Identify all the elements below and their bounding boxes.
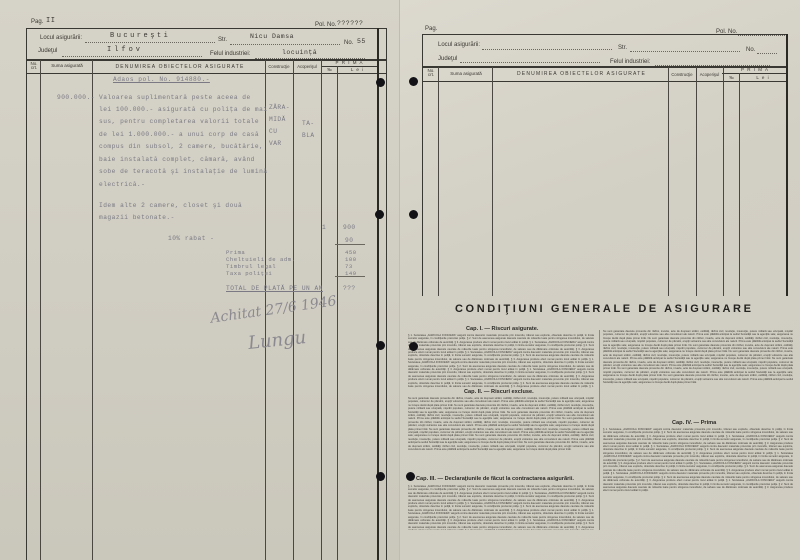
conditions-title: CONDIŢIUNI GENERALE DE ASIGURARE [455,303,754,315]
entry-description-line: Valoarea suplimentară peste aceea de [99,94,251,101]
discount-label: 10% rabat - [168,235,214,242]
location-line [85,42,215,43]
col-header-roof: Acoperişul [293,64,321,69]
col-divider-construction [696,67,697,296]
discount-value: 90 [345,237,353,244]
entry-description-line: compus din subsol, 2 camere, bucătărie, [99,143,263,150]
entry-description-line: magazii betonate.- [99,214,175,221]
col-header-roof: Acoperişul [696,72,723,77]
col-divider-right [786,34,788,296]
county-line [62,56,202,57]
totals-row-label: Prima [226,249,245,256]
total-value: ??? [343,285,356,292]
col-divider-permille [739,73,740,296]
chapter-4-text: § 1. Societatea „AGRICOLA FONCIERA” asig… [603,428,793,528]
col-header-construction: Construcţie [668,72,696,77]
industry-label: Felul industriei: [210,51,250,57]
entry-description-line: sobe de teracotă şi instalaţie de lumină [99,168,268,175]
entry-lei: 900 [343,224,356,231]
construction-line: VAR [269,140,282,147]
roof-line: BLA [302,132,315,139]
totals-row-value: 73 [345,263,353,270]
conditions-column-divider [599,330,600,530]
county-value: Ilfov [107,46,143,54]
col-header-sum: Suma asigurată [42,63,92,68]
totals-row-label: Taxa poliţei [226,270,272,277]
chapter-1-title: Cap. I. — Riscuri asigurate. [466,326,538,332]
construction-line: ZĂRA- [269,104,290,111]
totals-row-label: Cheltuieli de adm. [226,256,295,263]
number-label: No. [344,40,353,46]
location-value: Bucureşti [110,32,170,40]
construction-line: MIDĂ [269,116,286,123]
county-label: Judeţul [38,48,57,54]
col-header-permille: ‰ [724,75,739,80]
location-label: Locul asigurării: [438,42,480,48]
location-label: Locul asigurării: [40,35,82,41]
col-divider-roof [723,67,724,296]
entry-description-line: de lei 1.000.000.- a unui corp de casă [99,131,259,138]
binder-hole [375,210,384,219]
table-header-bottom-rule [423,81,787,82]
col-divider-permille [337,66,338,560]
totals-row-value: 450 [345,249,357,256]
col-header-description: DENUMIREA OBIECTELOR ASIGURATE [495,71,668,77]
table-header-bottom-rule [27,73,387,74]
col-divider-description [668,67,669,296]
entry-heading: Adaos pol. No. 914880.- [113,76,210,83]
entry-description-line: lei 100.000.- asigurată cu polița de mai [99,106,268,113]
industry-value: locuinţă [282,49,317,56]
entry-description-line: sus, pentru completarea valorii totale [99,118,259,125]
number-label: No. [746,47,755,53]
page-label: Pag. [31,19,43,25]
page-number: II [46,17,55,25]
industry-label: Felul industriei: [610,59,650,65]
street-line [230,44,340,45]
number-value: 55 [357,38,366,45]
location-line [482,49,612,50]
binder-hole [376,341,385,350]
binder-hole [409,210,418,219]
number-line [757,53,777,54]
entry-description-line: electrică.- [99,181,145,188]
right-page: Pag. Pol. No. Locul asigurării: Str. No.… [400,0,800,560]
chapter-1-text: § 1. Societatea „AGRICOLA FONCIERA” asig… [408,334,594,389]
col-header-construction: Construcţie [265,64,293,69]
col-header-prima: P R I M A [322,60,377,65]
col-header-nr: No. crt. [424,69,438,77]
page-label: Pag. [425,26,437,32]
col-divider-nr [40,60,41,560]
construction-line: CU [269,128,277,135]
col-header-sum: Suma asigurată [440,71,492,76]
subtotal-rule [335,244,365,245]
total-label: TOTAL DE PLATĂ PE UN AN [226,285,323,292]
left-page: Pag. II Pol. No. ?????? Locul asigurării… [0,0,408,560]
street-label: Str. [218,37,227,43]
col-header-description: DENUMIREA OBIECTELOR ASIGURATE [95,64,265,70]
chapter-2-text: Nu sunt garantate daunele provenite din … [408,397,594,474]
col-header-prima: P R I M A [724,67,786,72]
chapter-3-text: § 1. Societatea „AGRICOLA FONCIERA” asig… [408,485,594,530]
col-divider-sum [92,60,93,560]
chapter-2-continued-text: Nu sunt garantate daunele provenite din … [603,330,793,418]
col-divider-nr [438,67,439,296]
col-divider-sum [492,67,493,296]
street-label: Str. [618,45,627,51]
col-header-lei: L e i [338,67,377,72]
col-header-permille: ‰ [322,67,337,72]
binder-hole [376,472,385,481]
col-header-lei: L e i [740,75,786,80]
entry-description-line: Idem alte 2 camere, closet şi două [99,202,242,209]
prima-subheader-rule [722,73,787,74]
street-line [630,51,740,52]
policy-number: ?????? [337,20,363,27]
chapter-2-title: Cap. II. — Riscuri excluse. [464,389,534,395]
entry-description-line: baie instalată complet, cămară, având [99,156,255,163]
totals-row-value: 100 [345,256,357,263]
street-value: Nicu Damsa [250,33,294,40]
binder-hole [376,78,385,87]
chapter-3-title: Cap. III. — Declaraţiunile de făcut la c… [416,476,574,482]
col-header-nr: No. crt. [28,62,40,70]
chapter-4-title: Cap. IV. — Prima [672,420,716,426]
roof-line: TA- [302,120,315,127]
county-label: Judeţul [438,56,457,62]
county-line [460,62,600,63]
binder-hole [409,77,418,86]
binder-hole [406,472,415,481]
totals-rule [335,276,365,277]
entry-permille: 1 [322,224,326,231]
binder-hole [409,342,418,351]
entry-sum: 900.000.- [57,94,95,101]
totals-row-label: Timbrul legal [226,263,276,270]
